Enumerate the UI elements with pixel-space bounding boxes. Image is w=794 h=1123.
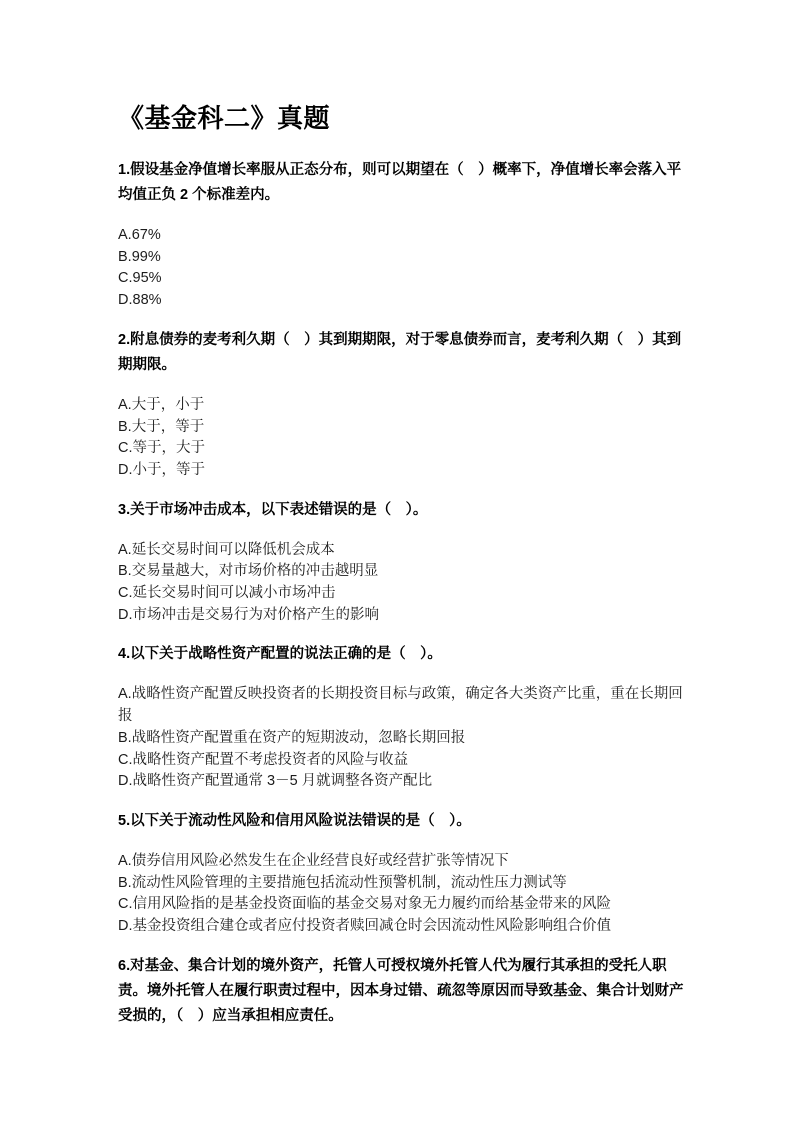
option-item: C.延长交易时间可以减小市场冲击 (118, 583, 684, 605)
question-number: 6. (118, 958, 130, 974)
option-item: B.流动性风险管理的主要措施包括流动性预警机制，流动性压力测试等 (118, 873, 684, 895)
question-block: 5.以下关于流动性风险和信用风险说法错误的是（ ）。 A.债券信用风险必然发生在… (118, 809, 684, 938)
option-item: D.市场冲击是交易行为对价格产生的影响 (118, 605, 684, 627)
option-item: B.大于，等于 (118, 417, 684, 439)
option-list: A.67%B.99%C.95%D.88% (118, 225, 684, 312)
option-item: D.基金投资组合建仓或者应付投资者赎回减仓时会因流动性风险影响组合价值 (118, 916, 684, 938)
question-number: 1. (118, 162, 130, 178)
question-block: 3.关于市场冲击成本，以下表述错误的是（ ）。 A.延长交易时间可以降低机会成本… (118, 498, 684, 627)
option-item: D.战略性资产配置通常 3－5 月就调整各资产配比 (118, 771, 684, 793)
question-number: 3. (118, 502, 130, 518)
question-text: 5.以下关于流动性风险和信用风险说法错误的是（ ）。 (118, 809, 684, 834)
page-title: 《基金科二》真题 (118, 101, 684, 137)
option-item: B.战略性资产配置重在资产的短期波动，忽略长期回报 (118, 728, 684, 750)
question-number: 4. (118, 646, 130, 662)
option-item: D.小于，等于 (118, 460, 684, 482)
question-list: 1.假设基金净值增长率服从正态分布，则可以期望在（ ）概率下，净值增长率会落入平… (118, 158, 684, 1029)
question-number: 2. (118, 332, 130, 348)
option-item: A.67% (118, 225, 684, 247)
question-stem: 关于市场冲击成本，以下表述错误的是（ ）。 (130, 502, 427, 518)
option-item: C.等于，大于 (118, 438, 684, 460)
option-item: C.信用风险指的是基金投资面临的基金交易对象无力履约而给基金带来的风险 (118, 894, 684, 916)
option-item: B.99% (118, 247, 684, 269)
option-list: A.大于，小于B.大于，等于C.等于，大于D.小于，等于 (118, 395, 684, 482)
option-list: A.延长交易时间可以降低机会成本B.交易量越大，对市场价格的冲击越明显C.延长交… (118, 540, 684, 627)
question-text: 1.假设基金净值增长率服从正态分布，则可以期望在（ ）概率下，净值增长率会落入平… (118, 158, 684, 208)
question-text: 2.附息债券的麦考利久期（ ）其到期期限，对于零息债券而言，麦考利久期（ ）其到… (118, 328, 684, 378)
question-stem: 以下关于战略性资产配置的说法正确的是（ ）。 (130, 646, 442, 662)
question-stem: 假设基金净值增长率服从正态分布，则可以期望在（ ）概率下，净值增长率会落入平均值… (118, 162, 681, 203)
question-block: 2.附息债券的麦考利久期（ ）其到期期限，对于零息债券而言，麦考利久期（ ）其到… (118, 328, 684, 482)
question-block: 1.假设基金净值增长率服从正态分布，则可以期望在（ ）概率下，净值增长率会落入平… (118, 158, 684, 312)
option-item: A.延长交易时间可以降低机会成本 (118, 540, 684, 562)
question-number: 5. (118, 813, 130, 829)
option-item: D.88% (118, 290, 684, 312)
option-item: C.95% (118, 268, 684, 290)
option-item: C.战略性资产配置不考虑投资者的风险与收益 (118, 750, 684, 772)
option-list: A.战略性资产配置反映投资者的长期投资目标与政策，确定各大类资产比重，重在长期回… (118, 684, 684, 793)
option-item: A.债券信用风险必然发生在企业经营良好或经营扩张等情况下 (118, 851, 684, 873)
question-text: 6.对基金、集合计划的境外资产，托管人可授权境外托管人代为履行其承担的受托人职责… (118, 954, 684, 1029)
question-stem: 附息债券的麦考利久期（ ）其到期期限，对于零息债券而言，麦考利久期（ ）其到期期… (118, 332, 681, 373)
option-item: A.大于，小于 (118, 395, 684, 417)
document-page: 《基金科二》真题 1.假设基金净值增长率服从正态分布，则可以期望在（ ）概率下，… (0, 0, 794, 1123)
question-block: 6.对基金、集合计划的境外资产，托管人可授权境外托管人代为履行其承担的受托人职责… (118, 954, 684, 1029)
document-content: 《基金科二》真题 1.假设基金净值增长率服从正态分布，则可以期望在（ ）概率下，… (118, 101, 684, 1046)
question-block: 4.以下关于战略性资产配置的说法正确的是（ ）。 A.战略性资产配置反映投资者的… (118, 642, 684, 793)
option-item: A.战略性资产配置反映投资者的长期投资目标与政策，确定各大类资产比重，重在长期回… (118, 684, 684, 727)
option-item: B.交易量越大，对市场价格的冲击越明显 (118, 561, 684, 583)
question-text: 4.以下关于战略性资产配置的说法正确的是（ ）。 (118, 642, 684, 667)
option-list: A.债券信用风险必然发生在企业经营良好或经营扩张等情况下B.流动性风险管理的主要… (118, 851, 684, 938)
question-text: 3.关于市场冲击成本，以下表述错误的是（ ）。 (118, 498, 684, 523)
question-stem: 对基金、集合计划的境外资产，托管人可授权境外托管人代为履行其承担的受托人职责。境… (118, 958, 684, 1024)
question-stem: 以下关于流动性风险和信用风险说法错误的是（ ）。 (130, 813, 471, 829)
